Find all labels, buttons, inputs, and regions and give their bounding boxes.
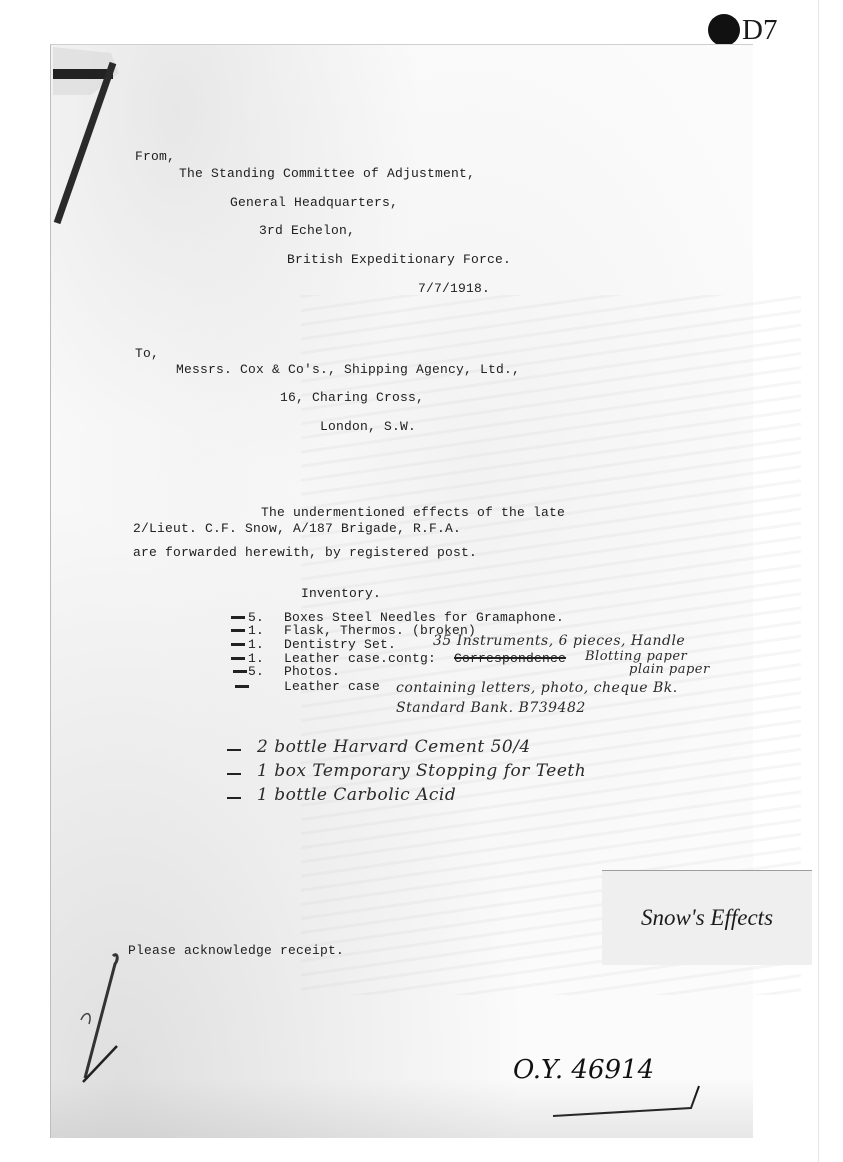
- inventory-qty: 1.: [248, 637, 264, 652]
- inventory-item: Photos.: [284, 664, 340, 679]
- scan-edge: [818, 0, 819, 1162]
- tick-mark-icon: [227, 773, 241, 775]
- pen-mark-icon: [67, 950, 127, 1090]
- tick-mark-icon: [231, 643, 245, 646]
- from-label: From,: [135, 149, 175, 164]
- tick-mark-icon: [231, 629, 245, 632]
- bullet-dot-icon: [708, 14, 740, 46]
- inventory-title: Inventory.: [301, 586, 381, 601]
- tick-mark-icon: [233, 670, 247, 673]
- body-line-2: 2/Lieut. C.F. Snow, A/187 Brigade, R.F.A…: [133, 521, 461, 536]
- to-label: To,: [135, 346, 159, 361]
- to-line-3: London, S.W.: [320, 419, 416, 434]
- caption-label: Snow's Effects: [641, 905, 773, 931]
- tick-mark-icon: [227, 797, 241, 799]
- letter-page: From, The Standing Committee of Adjustme…: [50, 44, 753, 1138]
- body-line-3: are forwarded herewith, by registered po…: [133, 545, 477, 560]
- reference-number: O.Y. 46914: [513, 1055, 654, 1085]
- caption-label-box: Snow's Effects: [602, 870, 812, 965]
- from-line-1: The Standing Committee of Adjustment,: [179, 166, 475, 181]
- underline-stroke: [551, 1080, 701, 1120]
- handwritten-note: plain paper: [629, 662, 710, 677]
- handwritten-addition: 1 bottle Carbolic Acid: [257, 785, 456, 805]
- paper-clip-icon: [51, 45, 141, 225]
- tick-mark-icon: [231, 657, 245, 660]
- closing-line: Please acknowledge receipt.: [128, 943, 344, 958]
- to-line-1: Messrs. Cox & Co's., Shipping Agency, Lt…: [176, 362, 520, 377]
- inventory-qty: 5.: [248, 664, 264, 679]
- page-tag: D7: [708, 12, 777, 48]
- handwritten-addition: 2 bottle Harvard Cement 50/4: [257, 737, 531, 757]
- tick-mark-icon: [235, 685, 249, 688]
- letter-date: 7/7/1918.: [418, 281, 490, 296]
- inventory-item: Leather case: [284, 679, 380, 694]
- struck-text: Correspondence: [454, 651, 566, 666]
- from-line-3: 3rd Echelon,: [259, 223, 355, 238]
- to-line-2: 16, Charing Cross,: [280, 390, 424, 405]
- tick-mark-icon: [231, 616, 245, 619]
- from-line-4: British Expeditionary Force.: [287, 252, 511, 267]
- handwritten-note: containing letters, photo, cheque Bk. St…: [396, 678, 741, 718]
- body-line-1: The undermentioned effects of the late: [261, 505, 565, 520]
- inventory-item: Dentistry Set.: [284, 637, 396, 652]
- page-tag-label: D7: [742, 16, 777, 45]
- handwritten-note: 35 Instruments, 6 pieces, Handle: [433, 633, 685, 649]
- handwritten-addition: 1 box Temporary Stopping for Teeth: [257, 761, 586, 781]
- from-line-2: General Headquarters,: [230, 195, 398, 210]
- tick-mark-icon: [227, 749, 241, 751]
- inventory-qty: 1.: [248, 623, 264, 638]
- handwritten-text: containing letters, photo, cheque Bk. St…: [396, 680, 678, 716]
